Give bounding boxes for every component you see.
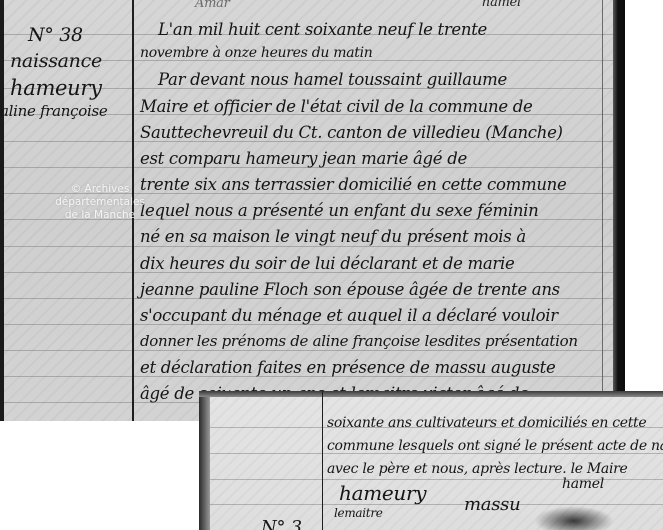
body-line-6: est comparu hameury jean marie âgé de	[140, 149, 467, 168]
body-line-13: donner les prénoms de aline françoise le…	[140, 332, 578, 350]
next-entry-number-fragment: N° 3	[261, 517, 302, 530]
body-line-3: Par devant nous hamel toussaint guillaum…	[158, 70, 507, 89]
watermark-line-1: © Archives	[40, 183, 160, 196]
body-line-11: jeanne pauline Floch son épouse âgée de …	[140, 280, 560, 299]
ink-smudge	[534, 506, 614, 530]
signature-lemaitre: lemaitre	[334, 506, 383, 520]
inset-frame-left	[199, 391, 210, 530]
inset-margin-rule	[322, 391, 323, 530]
register-page-scan: Amar hamel N° 38 naissance hameury aline…	[0, 0, 625, 421]
page-binding-shadow	[613, 0, 625, 421]
body-line-14: et déclaration faites en présence de mas…	[140, 358, 555, 377]
header-fragment-right: hamel	[482, 0, 521, 10]
body-line-4: Maire et officier de l'état civil de la …	[140, 97, 533, 116]
signature-massu: massu	[464, 494, 520, 515]
act-type: naissance	[10, 50, 102, 72]
body-line-10: dix heures du soir de lui déclarant et d…	[140, 254, 514, 273]
signature-hameury: hameury	[339, 481, 426, 505]
header-fragment-left: Amar	[195, 0, 229, 11]
signature-hamel: hamel	[562, 476, 604, 492]
body-line-2: novembre à onze heures du matin	[140, 45, 372, 61]
binding-rule	[602, 0, 603, 421]
body-line-12: s'occupant du ménage et auquel il a décl…	[140, 306, 558, 325]
child-given-names: aline françoise	[0, 102, 107, 120]
watermark-line-2: départementales	[40, 196, 160, 209]
body-line-9: né en sa maison le vingt neuf du présent…	[140, 227, 526, 246]
inset-line-3: avec le père et nous, après lecture. le …	[327, 461, 628, 477]
ruled-line	[210, 504, 663, 505]
body-line-5: Sauttechevreuil du Ct. canton de villedi…	[140, 123, 563, 142]
body-line-8: lequel nous a présenté un enfant du sexe…	[140, 201, 538, 220]
entry-number: N° 38	[28, 24, 83, 46]
body-line-1: L'an mil huit cent soixante neuf le tren…	[158, 20, 487, 39]
page-left-edge	[0, 0, 4, 421]
archive-watermark: © Archives départementales de la Manche	[40, 183, 160, 222]
ruled-line	[4, 350, 613, 351]
inset-line-1: soixante ans cultivateurs et domiciliés …	[327, 415, 646, 431]
body-line-7: trente six ans terrassier domicilié en c…	[140, 175, 566, 194]
ruled-line	[4, 246, 613, 247]
watermark-line-3: de la Manche	[40, 209, 160, 222]
inset-frame-top	[199, 391, 663, 397]
child-surname: hameury	[10, 76, 102, 100]
inset-line-2: commune lesquels ont signé le présent ac…	[327, 438, 663, 454]
continuation-page-scan: soixante ans cultivateurs et domiciliés …	[199, 391, 663, 530]
